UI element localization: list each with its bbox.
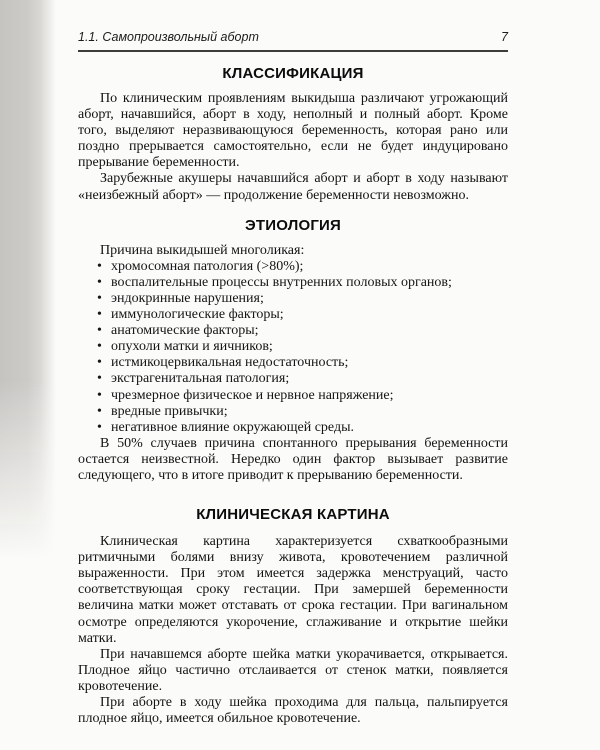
bullet-icon: • bbox=[97, 355, 111, 371]
bullet-icon: • bbox=[97, 307, 111, 323]
bullet-icon: • bbox=[97, 259, 111, 275]
scan-left-edge-shading bbox=[0, 0, 56, 560]
list-item-text: анатомические факторы; bbox=[111, 323, 259, 338]
list-item: •истмикоцервикальная недостаточность; bbox=[97, 355, 508, 371]
list-item-text: воспалительные процессы внутренних полов… bbox=[111, 275, 452, 290]
list-item: •воспалительные процессы внутренних поло… bbox=[97, 275, 508, 291]
list-item: •чрезмерное физическое и нервное напряже… bbox=[97, 388, 508, 404]
paragraph: Зарубежные акушеры начавшийся аборт и аб… bbox=[78, 171, 508, 203]
list-item: •анатомические факторы; bbox=[97, 323, 508, 339]
list-item-text: хромосомная патология (>80%); bbox=[111, 259, 303, 274]
running-header-title: 1.1. Самопроизвольный аборт bbox=[78, 30, 259, 44]
bullet-icon: • bbox=[97, 291, 111, 307]
list-item-text: истмикоцервикальная недостаточность; bbox=[111, 355, 348, 370]
paragraph: При аборте в ходу шейка проходима для па… bbox=[78, 695, 508, 727]
paragraph: Клиническая картина характеризуется схва… bbox=[78, 534, 508, 647]
bullet-icon: • bbox=[97, 371, 111, 387]
section-heading-etiology: ЭТИОЛОГИЯ bbox=[78, 217, 508, 234]
list-item: •эндокринные нарушения; bbox=[97, 291, 508, 307]
bullet-icon: • bbox=[97, 339, 111, 355]
paragraph: При начавшемся аборте шейка матки укорач… bbox=[78, 647, 508, 695]
bullet-icon: • bbox=[97, 420, 111, 436]
page-number: 7 bbox=[501, 30, 508, 44]
list-item-text: чрезмерное физическое и нервное напряжен… bbox=[111, 388, 394, 403]
list-item-text: негативное влияние окружающей среды. bbox=[111, 420, 354, 435]
bullet-icon: • bbox=[97, 388, 111, 404]
section-heading-clinical-picture: КЛИНИЧЕСКАЯ КАРТИНА bbox=[78, 506, 508, 523]
paragraph: По клиническим проявлениям выкидыша разл… bbox=[78, 91, 508, 171]
list-item-text: вредные привычки; bbox=[111, 404, 228, 419]
list-item-text: экстрагенитальная патология; bbox=[111, 371, 289, 386]
list-item: •негативное влияние окружающей среды. bbox=[97, 420, 508, 436]
page-content: 1.1. Самопроизвольный аборт 7 КЛАССИФИКА… bbox=[78, 0, 508, 727]
header-rule bbox=[78, 50, 508, 52]
list-item-text: иммунологические факторы; bbox=[111, 307, 284, 322]
running-header: 1.1. Самопроизвольный аборт 7 bbox=[78, 30, 508, 44]
bullet-icon: • bbox=[97, 275, 111, 291]
etiology-bullet-list: •хромосомная патология (>80%); •воспалит… bbox=[78, 259, 508, 436]
list-item: •экстрагенитальная патология; bbox=[97, 371, 508, 387]
list-item-text: эндокринные нарушения; bbox=[111, 291, 264, 306]
list-item: •хромосомная патология (>80%); bbox=[97, 259, 508, 275]
section-heading-classification: КЛАССИФИКАЦИЯ bbox=[78, 65, 508, 82]
list-item: •вредные привычки; bbox=[97, 404, 508, 420]
bullet-icon: • bbox=[97, 323, 111, 339]
scanned-book-page: { "bullet_char": "•", "header": { "secti… bbox=[0, 0, 600, 750]
paragraph: В 50% случаев причина спонтанного прерыв… bbox=[78, 436, 508, 484]
bullet-icon: • bbox=[97, 404, 111, 420]
list-item: •иммунологические факторы; bbox=[97, 307, 508, 323]
list-item-text: опухоли матки и яичников; bbox=[111, 339, 273, 354]
list-item: •опухоли матки и яичников; bbox=[97, 339, 508, 355]
etiology-intro: Причина выкидышей многоликая: bbox=[78, 243, 508, 259]
